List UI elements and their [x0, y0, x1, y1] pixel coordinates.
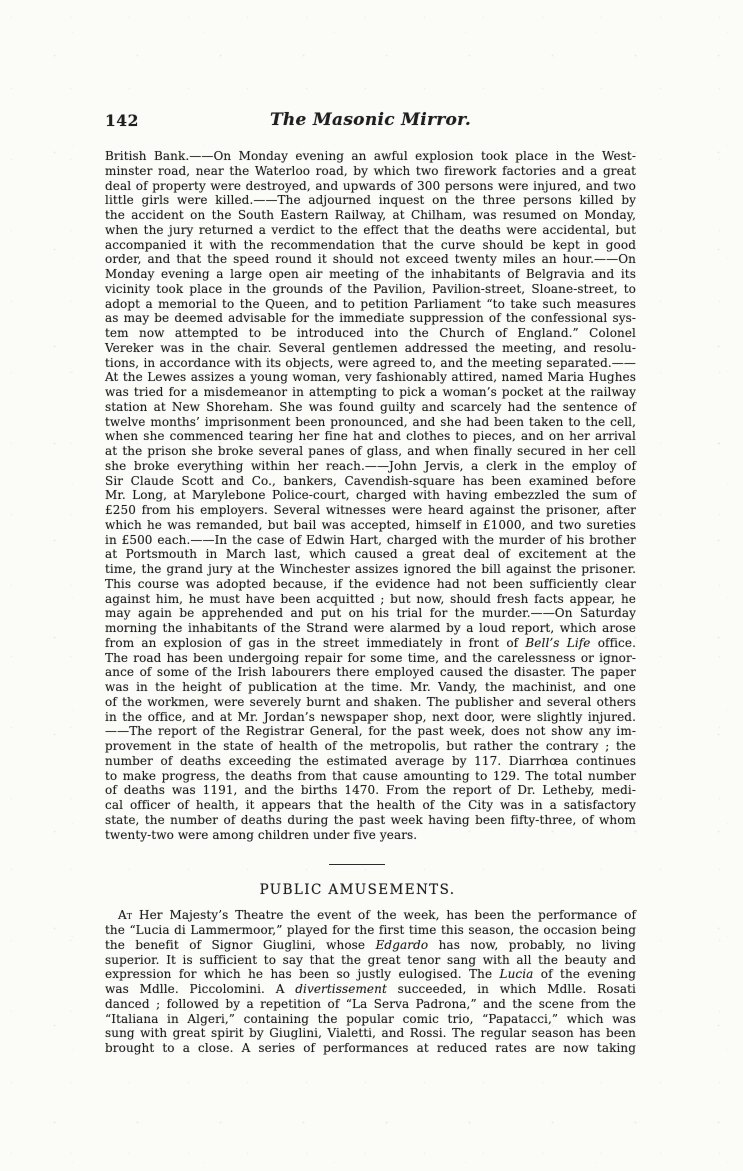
text-line: time, the grand jury at the Winchester a… — [105, 562, 636, 577]
text-line: vicinity took place in the grounds of th… — [105, 282, 636, 297]
text-line: £250 from his employers. Several witness… — [105, 503, 636, 518]
text-line: expression for which he has been so just… — [105, 967, 636, 982]
text-line: minster road, near the Waterloo road, by… — [105, 164, 636, 179]
text-line: ——The report of the Registrar General, f… — [105, 724, 636, 739]
text-line: superior. It is sufficient to say that t… — [105, 953, 636, 968]
text-line: accompanied it with the recommendation t… — [105, 238, 636, 253]
text-line: morning the inhabitants of the Strand we… — [105, 621, 636, 636]
text-line: when the jury returned a verdict to the … — [105, 223, 636, 238]
section-heading: PUBLIC AMUSEMENTS. — [92, 882, 623, 898]
page-content: 142 The Masonic Mirror. British Bank.——O… — [105, 110, 636, 1056]
text-line: when she commenced tearing her fine hat … — [105, 429, 636, 444]
text-line: was in the height of publication at the … — [105, 680, 636, 695]
text-line: twelve months’ imprisonment been pronoun… — [105, 415, 636, 430]
text-line: the accident on the South Eastern Railwa… — [105, 208, 636, 223]
text-run-italic: Bell’s Life — [525, 636, 590, 650]
text-line: deal of property were destroyed, and upw… — [105, 179, 636, 194]
text-line: in £500 each.——In the case of Edwin Hart… — [105, 533, 636, 548]
section-divider-rule — [329, 864, 385, 865]
text-run-italic: Lucia — [500, 967, 534, 981]
text-line: British Bank.——On Monday evening an awfu… — [105, 149, 636, 164]
text-line: tem now attempted to be introduced into … — [105, 326, 636, 341]
journal-title: The Masonic Mirror. — [105, 110, 636, 130]
running-head: 142 The Masonic Mirror. — [105, 110, 636, 133]
text-line: danced ; followed by a repetition of “La… — [105, 997, 636, 1012]
text-line: from an explosion of gas in the street i… — [105, 636, 636, 651]
text-line: twenty-two were among children under fiv… — [105, 828, 636, 843]
text-line: against him, he must have been acquitted… — [105, 592, 636, 607]
text-run-italic: Edgardo — [376, 938, 429, 952]
text-line: of the workmen, were severely burnt and … — [105, 695, 636, 710]
text-line: in the office, and at Mr. Jordan’s newsp… — [105, 710, 636, 725]
public-amusements-article: At Her Majesty’s Theatre the event of th… — [105, 908, 636, 1056]
news-summary-article: British Bank.——On Monday evening an awfu… — [105, 149, 636, 842]
text-line: tions, in accordance with its objects, w… — [105, 356, 636, 371]
text-line: the benefit of Signor Giuglini, whose Ed… — [105, 938, 636, 953]
text-line: at Portsmouth in March last, which cause… — [105, 547, 636, 562]
text-line: adopt a memorial to the Queen, and to pe… — [105, 297, 636, 312]
text-line: provement in the state of health of the … — [105, 739, 636, 754]
text-line: was tried for a misdemeanor in attemptin… — [105, 385, 636, 400]
text-line: the “Lucia di Lammermoor,” played for th… — [105, 923, 636, 938]
text-line: brought to a close. A series of performa… — [105, 1041, 636, 1056]
text-line: Mr. Long, at Marylebone Police-court, ch… — [105, 488, 636, 503]
text-line: order, and that the speed round it shoul… — [105, 252, 636, 267]
text-line: ance of some of the Irish labourers ther… — [105, 665, 636, 680]
text-line: she broke everything within her reach.——… — [105, 459, 636, 474]
text-line: may again be apprehended and put on his … — [105, 606, 636, 621]
text-line: at the prison she broke several panes of… — [105, 444, 636, 459]
text-line: to make progress, the deaths from that c… — [105, 769, 636, 784]
text-line: sung with great spirit by Giuglini, Vial… — [105, 1026, 636, 1041]
text-run-italic: divertissement — [295, 982, 387, 996]
text-line: “Italiana in Algeri,” containing the pop… — [105, 1012, 636, 1027]
text-line: state, the number of deaths during the p… — [105, 813, 636, 828]
text-line: number of deaths exceeding the estimated… — [105, 754, 636, 769]
text-line: At Her Majesty’s Theatre the event of th… — [105, 908, 636, 923]
text-line: of deaths was 1191, and the births 1470.… — [105, 783, 636, 798]
text-line: station at New Shoreham. She was found g… — [105, 400, 636, 415]
text-line: At the Lewes assizes a young woman, very… — [105, 370, 636, 385]
scanned-page: 142 The Masonic Mirror. British Bank.——O… — [0, 0, 743, 1171]
text-line: This course was adopted because, if the … — [105, 577, 636, 592]
text-line: Sir Claude Scott and Co., bankers, Caven… — [105, 474, 636, 489]
text-line: Vereker was in the chair. Several gentle… — [105, 341, 636, 356]
text-line: was Mdlle. Piccolomini. A divertissement… — [105, 982, 636, 997]
text-run-smallcaps: At — [118, 908, 132, 922]
text-line: cal officer of health, it appears that t… — [105, 798, 636, 813]
text-line: The road has been undergoing repair for … — [105, 651, 636, 666]
text-line: little girls were killed.——The adjourned… — [105, 193, 636, 208]
text-line: Monday evening a large open air meeting … — [105, 267, 636, 282]
text-line: which he was remanded, but bail was acce… — [105, 518, 636, 533]
text-line: as may be deemed advisable for the immed… — [105, 311, 636, 326]
